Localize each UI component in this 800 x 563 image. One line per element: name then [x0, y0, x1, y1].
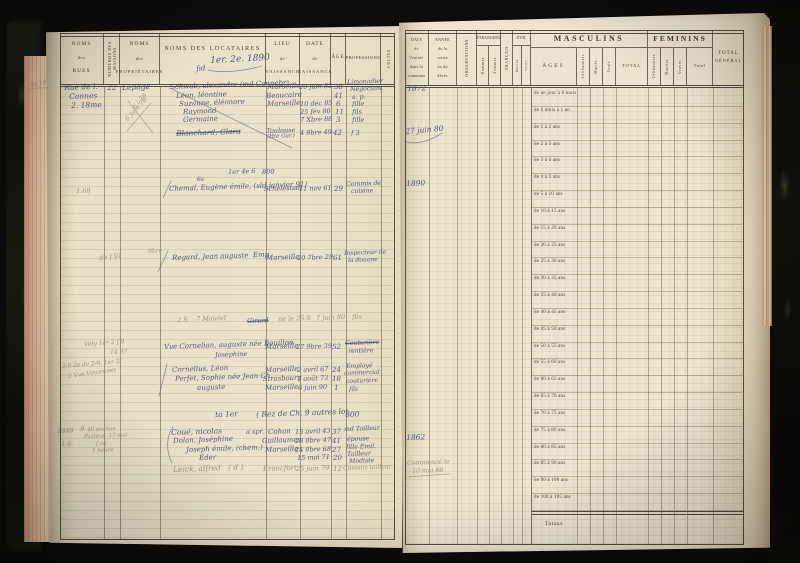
handwriting-ink: 1890: [406, 179, 425, 187]
col-header-maries-h: Mariés: [513, 46, 522, 85]
grid-vertical-line: [120, 86, 121, 540]
header-line: Mariées: [665, 59, 669, 75]
col-header-francais: FRANÇAIS: [501, 30, 513, 85]
header-line: DATE: [306, 42, 324, 48]
handwriting-ink: 20: [333, 455, 342, 462]
age-bracket-label: de 10 à 15 ans: [534, 209, 565, 214]
header-line: de: [280, 57, 285, 62]
handwriting-ink: 61: [333, 255, 342, 262]
grid-vertical-line: [381, 86, 382, 540]
book-cover-right: [772, 0, 800, 563]
age-bracket-row: de 5 à 10 ans: [531, 191, 744, 208]
group-header-feminins: FEMININS: [648, 30, 713, 48]
age-bracket-row: de 85 à 90 ans: [531, 460, 744, 477]
age-bracket-label: de 85 à 90 ans: [534, 461, 565, 466]
header-line: Hommes: [481, 57, 485, 74]
handwriting-ink: (Hte Gar.): [267, 134, 295, 140]
age-bracket-label: de 4 à 5 ans: [534, 175, 560, 180]
handwriting-ink: Cohan: [268, 428, 291, 436]
header-line: sortie: [437, 55, 448, 60]
header-line: TOTAL: [622, 64, 641, 69]
header-line: FRANÇAIS: [505, 46, 509, 70]
handwriting-ink: 1872: [407, 84, 426, 92]
header-line: l'entrée: [409, 55, 423, 60]
age-bracket-label: de 90 à 100 ans: [534, 478, 568, 483]
col-header-m-veufs: Veufs: [603, 48, 616, 85]
age-bracket-label: de 15 à 20 ans: [534, 226, 565, 231]
handwriting-ink: la douane: [348, 257, 378, 264]
age-bracket-row: de 35 à 40 ans: [531, 292, 744, 309]
age-bracket-row: de 65 à 70 ans: [531, 393, 744, 410]
handwriting-ink: auguste: [197, 384, 225, 392]
header-line: ÉTRANGERS: [477, 36, 501, 40]
age-bracket-row: de 25 à 30 ans: [531, 258, 744, 275]
group-header-etat: ÉTAT: [513, 30, 531, 46]
age-bracket-row: de 4 à 5 ans: [531, 174, 744, 191]
header-line: Mariés: [594, 60, 598, 74]
handwriting-ink: 42: [333, 130, 342, 137]
handwriting-ink: 20 juin 53: [299, 83, 332, 91]
grid-vertical-line: [457, 88, 458, 545]
handwriting-ink: 27 9bre 39: [296, 343, 332, 351]
header-line: RUES: [72, 69, 90, 75]
age-bracket-row: de 50 à 55 ans: [531, 343, 744, 360]
header-line: NOMS DES LOCATAIRES: [164, 46, 260, 52]
handwriting-ink: cuisine: [351, 188, 373, 195]
handwriting-pencil: 7 Maurel: [196, 315, 226, 323]
header-line: PROFESSIONS: [346, 56, 381, 61]
handwriting-pencil: 9: [80, 426, 84, 433]
col-header-f-celibataires: Célibataires: [648, 48, 661, 85]
handwriting-ink: Girard: [247, 317, 269, 324]
col-header-date-naissance: DATE de NAISSANCE: [300, 33, 331, 84]
grid-vertical-line: [429, 88, 430, 545]
handwriting-ink: Couturière: [345, 340, 379, 347]
age-bracket-label: de 75 à 80 ans: [534, 428, 565, 433]
col-header-lieu-naissance: LIEU de NAISSANCE: [266, 33, 300, 84]
col-header-annee-sortie: ANNÉE de la sortie ou du décès: [429, 30, 457, 85]
handwriting-ink: rentière: [348, 348, 374, 355]
col-header-date-entree: DATE de l'entrée dans la commune: [405, 30, 429, 85]
header-line: FEMININS: [653, 34, 707, 43]
handwriting-pencil: 10 mai 86: [412, 468, 443, 475]
age-bracket-label: de 5 à 10 ans: [534, 192, 563, 197]
grid-vertical-line: [477, 88, 478, 545]
group-header-etrangers: ÉTRANGERS: [477, 30, 501, 46]
age-bracket-label: de 60 à 65 ans: [534, 377, 565, 382]
handwriting-pencil: 1848: [57, 427, 74, 434]
handwriting-ink: fille: [352, 117, 365, 124]
header-line: ÉTAT: [517, 36, 526, 40]
handwriting-ink: 4 8bre 49: [300, 129, 332, 137]
handwriting-ink: 38: [334, 84, 343, 91]
header-line: Célibataires: [652, 54, 656, 78]
handwriting-ink: Blanchard, Clara: [176, 128, 241, 138]
col-header-f-total: Total: [687, 48, 713, 85]
col-header-professions: PROFESSIONS: [346, 33, 381, 84]
header-line: des: [136, 57, 144, 62]
handwriting-ink: 6e: [197, 177, 205, 183]
age-bracket-row: de 3 à 4 ans: [531, 157, 744, 174]
header-line: décès: [437, 73, 447, 78]
handwriting-ink: 1er 4e 6: [228, 168, 256, 175]
col-header-age: ÂGE: [331, 33, 346, 84]
header-line: Veufs: [524, 60, 528, 71]
handwriting-ink: 20 7bre 29: [297, 254, 333, 262]
handwriting-ink: Éder: [199, 454, 216, 462]
age-bracket-rows: de un jour à 6 moisde 6 mois à 1 ande 1 …: [531, 90, 744, 511]
handwriting-ink: 37: [332, 429, 341, 436]
col-header-proprietaires: NOMS des PROPRIÉTAIRES: [120, 33, 160, 84]
col-header-f-mariees: Mariées: [661, 48, 674, 85]
handwriting-pencil: 25 juin 79: [296, 465, 329, 473]
age-bracket-row: de 1 à 2 ans: [531, 124, 744, 141]
handwriting-ink: 22: [107, 84, 117, 92]
handwriting-ink: fils: [352, 109, 362, 116]
header-line: Femmes: [493, 57, 497, 73]
handwriting-ink: fille: [352, 101, 365, 108]
header-line: NOMS: [130, 42, 150, 48]
handwriting-ink: 24: [332, 367, 341, 374]
handwriting-ink: f 3: [351, 130, 360, 137]
age-bracket-label: de 70 à 75 ans: [534, 411, 565, 416]
age-bracket-label: de 65 à 70 ans: [534, 394, 565, 399]
age-bracket-row: de 30 à 35 ans: [531, 275, 744, 292]
age-bracket-label: de 2 à 3 ans: [534, 142, 560, 147]
age-bracket-label: de 1 à 2 ans: [534, 125, 560, 130]
header-line: ÂGE: [332, 56, 345, 61]
age-bracket-label: de 80 à 85 ans: [534, 445, 565, 450]
handwriting-ink: ta 1er: [215, 410, 238, 418]
handwriting-ink: Lepage: [122, 83, 150, 91]
handwriting-ink: a spr.: [246, 428, 264, 435]
handwriting-ink: 15 mai 71: [297, 454, 330, 462]
handwriting-ink: 1: [334, 385, 339, 392]
header-line: de la: [438, 46, 447, 51]
age-bracket-row: de 90 à 100 ans: [531, 477, 744, 494]
col-header-ages: ÂGES: [531, 48, 577, 85]
header-line: OBSERVATIONS: [464, 39, 469, 77]
handwriting-pencil: 7 juin 80: [316, 314, 345, 322]
header-line: Veufs: [607, 61, 611, 72]
age-bracket-row: de 100 à 105 ans: [531, 494, 744, 511]
totals-double-rule: [531, 511, 744, 512]
age-bracket-label: de 100 à 105 ans: [534, 495, 571, 500]
age-bracket-label: de 3 à 4 ans: [534, 158, 560, 163]
age-bracket-row: de 60 à 65 ans: [531, 376, 744, 393]
handwriting-ink: 7 août 73: [297, 375, 328, 383]
header-line: GÉNÉRAL: [715, 59, 743, 63]
header-line: de: [312, 57, 317, 62]
handwriting-pencil: 1.68: [76, 187, 91, 194]
col-header-m-total: TOTAL: [616, 48, 648, 85]
header-line: ÂGES: [542, 64, 564, 70]
col-header-noms-rues: NOMS des RUES: [60, 33, 104, 84]
handwriting-ink: couturière: [346, 378, 378, 385]
header-line: des: [78, 56, 86, 61]
handwriting-pencil: 1 heure: [92, 448, 114, 454]
col-header-veufs-h: Veufs: [522, 46, 531, 85]
col-header-hommes: Hommes: [477, 46, 489, 85]
header-line: ou du: [437, 64, 448, 69]
grid-vertical-line: [501, 88, 502, 545]
handwriting-ink: 1862: [406, 433, 425, 441]
handwriting-ink: 7 Xbre 88: [300, 116, 332, 124]
age-bracket-row: de 75 à 80 ans: [531, 427, 744, 444]
col-header-m-maries: Mariés: [590, 48, 603, 85]
group-header-masculins: MASCULINS: [531, 30, 648, 48]
age-bracket-row: de 70 à 75 ans: [531, 410, 744, 427]
age-bracket-label: de 35 à 40 ans: [534, 293, 565, 298]
age-bracket-label: de un jour à 6 mois: [534, 91, 576, 96]
col-header-cultes: CULTES: [381, 33, 395, 84]
grid-vertical-line: [160, 86, 161, 540]
header-line: NOMS: [72, 42, 92, 48]
totals-double-rule-2: [531, 514, 744, 515]
header-line: Veuves: [678, 60, 682, 74]
handwriting-pencil: 9bre: [148, 249, 162, 255]
col-header-f-veuves: Veuves: [674, 48, 687, 85]
age-bracket-row: de 6 mois à 1 an: [531, 107, 744, 124]
age-bracket-row: de 55 à 60 ans: [531, 359, 744, 376]
age-bracket-label: de 20 à 25 ans: [534, 243, 565, 248]
handwriting-pencil: 12: [333, 466, 342, 473]
handwriting-ink: 800: [345, 410, 360, 418]
age-bracket-label: de 55 à 60 ans: [534, 360, 565, 365]
handwriting-ink: Strasbourg: [263, 375, 302, 383]
header-line: TOTAL: [718, 51, 739, 56]
handwriting-ink: fid: [196, 65, 206, 73]
header-line: NAISSANCE: [265, 70, 300, 75]
handwriting-ink: Schelestadt: [264, 185, 303, 193]
handwriting-pencil: 2 S: [177, 317, 188, 324]
handwriting-pencil: 1 6.: [61, 441, 74, 448]
col-header-observations: OBSERVATIONS: [457, 30, 477, 85]
header-line: LIEU: [274, 42, 291, 48]
grid-vertical-line: [522, 88, 523, 545]
age-bracket-label: de 6 mois à 1 an: [534, 108, 570, 113]
age-bracket-label: de 50 à 55 ans: [534, 344, 565, 349]
age-bracket-label: de 30 à 35 ans: [534, 276, 565, 281]
handwriting-ink: 18: [332, 376, 341, 383]
handwriting-ink: 800: [262, 169, 275, 176]
header-line: PROPRIÉTAIRES: [116, 70, 164, 75]
age-bracket-row: de 10 à 15 ans: [531, 208, 744, 225]
handwriting-ink: 41: [332, 438, 341, 445]
age-bracket-row: de 2 à 3 ans: [531, 141, 744, 158]
age-bracket-row: de 80 à 85 ans: [531, 444, 744, 461]
age-bracket-row: de 45 à 50 ans: [531, 326, 744, 343]
age-bracket-row: de 40 à 45 ans: [531, 309, 744, 326]
handwriting-ink: Marseille: [267, 100, 301, 108]
handwriting-pencil: 14 97: [110, 349, 127, 356]
handwriting-ink: Marseille: [265, 343, 299, 351]
header-line: MASCULINS: [554, 34, 625, 43]
handwriting-ink: 52: [332, 344, 341, 351]
header-line: Mariés: [515, 59, 519, 72]
handwriting-ink: 15 avril 43: [295, 428, 331, 436]
header-line: CULTES: [386, 49, 391, 68]
totals-row-label: Totaux: [545, 521, 563, 527]
handwriting-ink: épouse: [347, 436, 369, 443]
grid-vertical-line: [513, 88, 514, 545]
age-bracket-row: de 20 à 25 ans: [531, 242, 744, 259]
handwriting-ink: 3: [336, 117, 341, 124]
age-bracket-label: de 40 à 45 ans: [534, 310, 565, 315]
handwriting-pencil: fils: [352, 314, 362, 321]
handwriting-ink: fils: [349, 387, 358, 393]
header-line: DATE: [411, 37, 422, 42]
photographed-register-spread: NOMS des RUES NUMÉROS DES MAISONS NOMS d…: [0, 0, 800, 563]
handwriting-ink: 2. 18me: [71, 101, 102, 110]
header-line: dans la: [410, 64, 423, 69]
col-header-femmes: Femmes: [489, 46, 501, 85]
handwriting-ink: commercial: [344, 370, 380, 377]
handwriting-ink: 2 avril 67: [297, 366, 329, 374]
header-line: NAISSANCE: [298, 70, 333, 75]
right-header-bottom-rule: [405, 85, 744, 86]
header-line: commune: [408, 73, 426, 78]
header-line: Total: [694, 64, 706, 69]
age-bracket-label: de 45 à 50 ans: [534, 327, 565, 332]
age-bracket-row: de 15 à 20 ans: [531, 225, 744, 242]
age-bracket-label: de 25 à 30 ans: [534, 259, 565, 264]
handwriting-ink: Marseille: [267, 83, 301, 91]
handwriting-pencil: Francfort: [263, 465, 297, 473]
header-line: Célibataires: [581, 54, 585, 78]
handwriting-ink: 29: [334, 186, 343, 193]
handwriting-pencil: ne le 25 S: [278, 315, 311, 323]
handwriting-ink: Joséphine: [215, 351, 247, 359]
col-header-numeros-maisons: NUMÉROS DES MAISONS: [104, 33, 120, 84]
grid-vertical-line: [104, 86, 105, 540]
handwriting-ink: Marseille: [265, 446, 299, 454]
grid-vertical-line: [489, 88, 490, 545]
col-header-total-general: TOTAL GÉNÉRAL: [713, 30, 744, 85]
col-header-m-celibataires: Célibataires: [577, 48, 590, 85]
handwriting-ink: Marseille: [266, 254, 300, 262]
handwriting-ink: 6 juin 90: [298, 384, 327, 392]
handwriting-ink: 11 nov 61: [299, 185, 332, 193]
handwriting-ink: 28 8bre 47: [295, 437, 331, 445]
header-line: ANNÉE: [435, 37, 450, 42]
handwriting-ink: Marseille: [265, 384, 299, 392]
handwriting-ink: Germaine: [183, 116, 218, 124]
handwriting-ink: md Tailleur: [344, 426, 380, 433]
age-bracket-row: de un jour à 6 mois: [531, 90, 744, 107]
header-line: de: [414, 46, 418, 51]
